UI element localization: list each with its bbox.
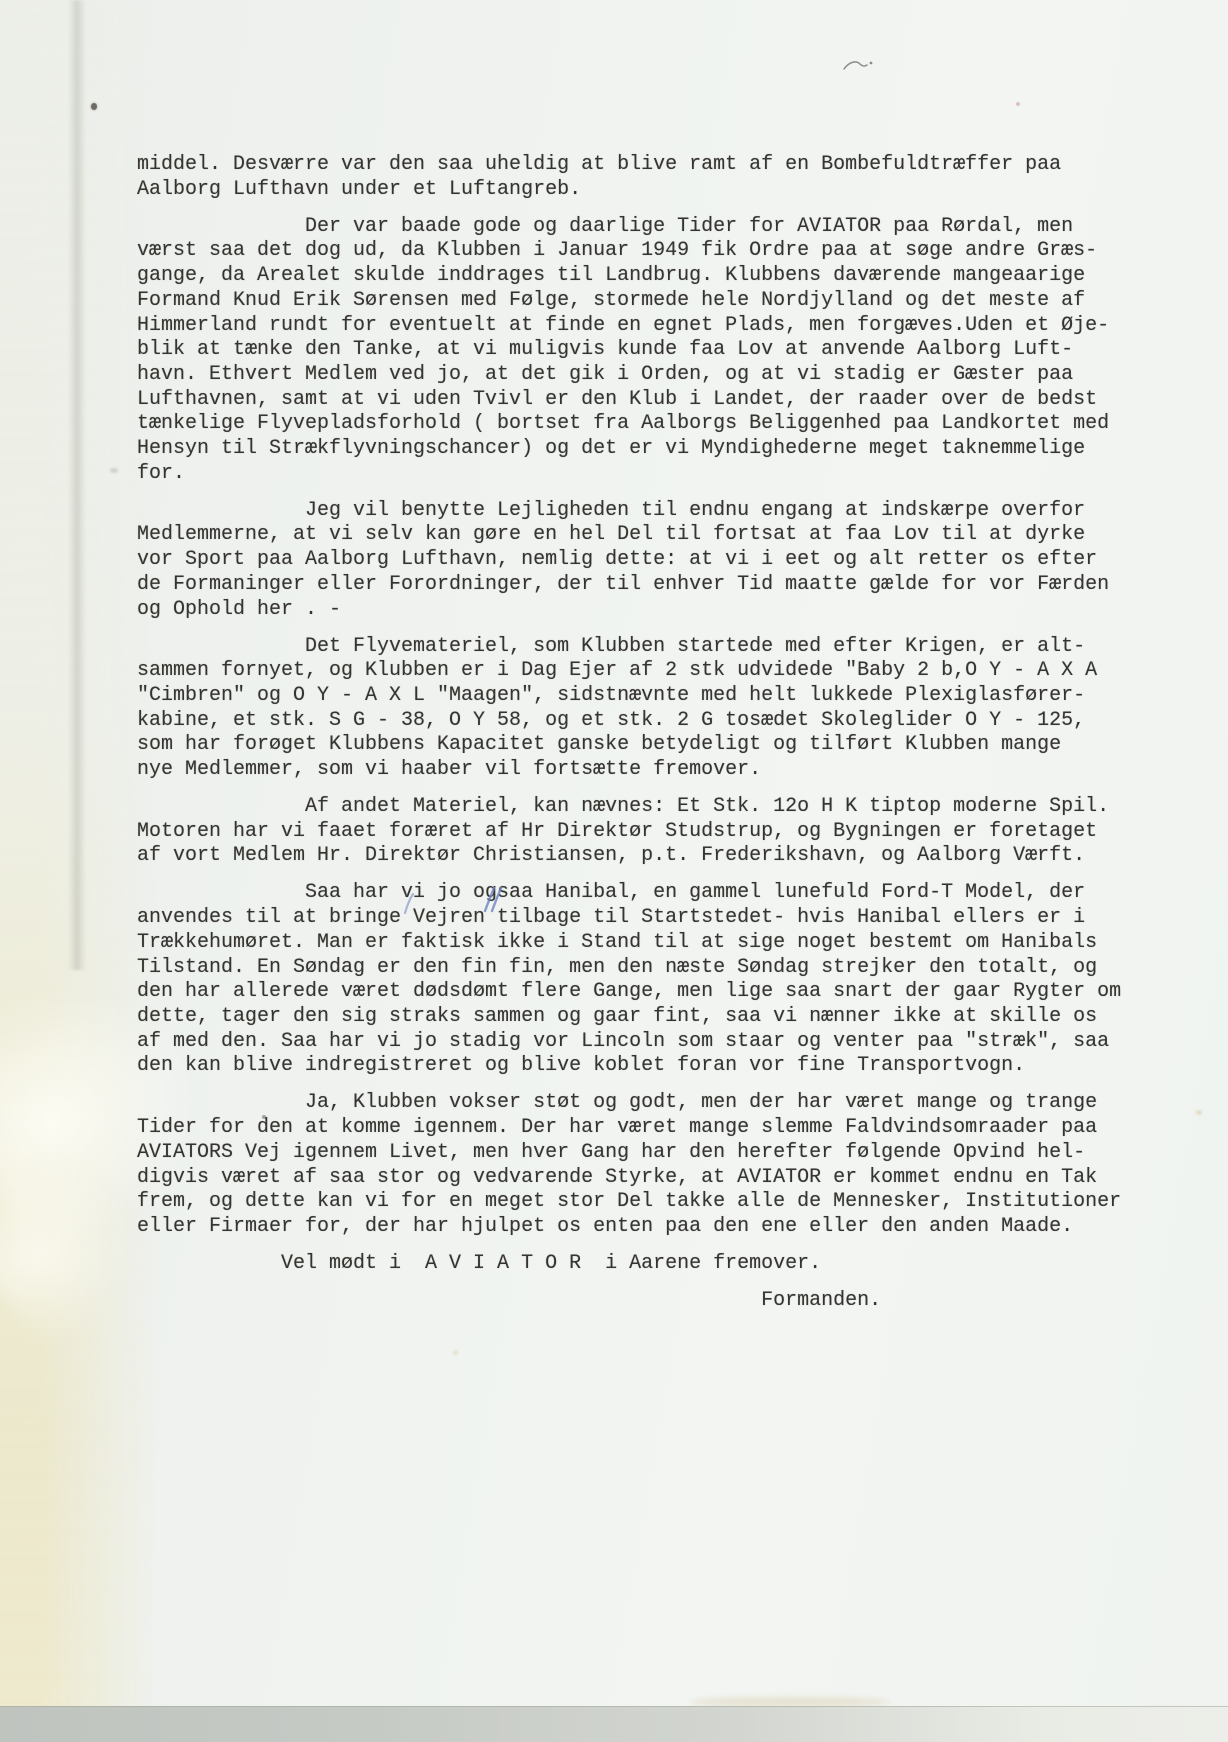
text-line: Vel mødt i A V I A T O R i Aarene fremov… [137,1252,1147,1277]
text-line: tænkelige Flyvepladsforhold ( bortset fr… [137,412,1147,437]
text-line: AVIATORS Vej igennem Livet, men hver Gan… [137,1141,1147,1166]
page-fold-shadow [68,0,86,970]
text-line: Medlemmerne, at vi selv kan gøre en hel … [137,523,1147,548]
paper-speck [110,468,118,473]
text-line: sammen fornyet, og Klubben er i Dag Ejer… [137,659,1147,684]
text-line: af med den. Saa har vi jo stadig vor Lin… [137,1030,1147,1055]
text-line: dette, tager den sig straks sammen og ga… [137,1005,1147,1030]
closing-line: Vel mødt i A V I A T O R i Aarene fremov… [137,1252,1147,1277]
text-line: blik at tænke den Tanke, at vi muligvis … [137,338,1147,363]
text-line: de Formaninger eller Forordninger, der t… [137,573,1147,598]
text-line: Der var baade gode og daarlige Tider for… [137,215,1147,240]
text-line: nye Medlemmer, som vi haaber vil fortsæt… [137,758,1147,783]
text-line: Formand Knud Erik Sørensen med Følge, st… [137,289,1147,314]
text-line: gange, da Arealet skulde inddrages til L… [137,264,1147,289]
paper-speck [453,1350,458,1355]
text-line: Ja, Klubben vokser støt og godt, men der… [137,1091,1147,1116]
roerdal-period-paragraph: Der var baade gode og daarlige Tider for… [137,215,1147,487]
text-line: frem, og dette kan vi for en meget stor … [137,1190,1147,1215]
text-line: Saa har vi jo ogsaa Hanibal, en gammel l… [137,881,1147,906]
text-line: Hensyn til Strækflyvningschancer) og det… [137,437,1147,462]
text-line: Det Flyvemateriel, som Klubben startede … [137,635,1147,660]
text-line: Af andet Materiel, kan nævnes: Et Stk. 1… [137,795,1147,820]
continuation-paragraph: middel. Desværre var den saa uheldig at … [137,153,1147,202]
text-line: Lufthavnen, samt at vi uden Tvivl er den… [137,388,1147,413]
text-line: og Ophold her . - [137,598,1147,623]
paper-speck [1196,1110,1202,1115]
paper-speck [1016,102,1020,106]
paper-speck [91,103,97,110]
scanned-document-page: { "page": { "paper_color": "#f0f3f0", "i… [0,0,1228,1742]
text-line: vor Sport paa Aalborg Lufthavn, nemlig d… [137,548,1147,573]
fleet-paragraph: Det Flyvemateriel, som Klubben startede … [137,635,1147,783]
pencil-scribble-mark [843,58,875,74]
text-line: anvendes til at bringe Vejren tilbage ti… [137,906,1147,931]
text-line: Tider for den at komme igennem. Der har … [137,1116,1147,1141]
members-appeal-paragraph: Jeg vil benytte Lejligheden til endnu en… [137,499,1147,623]
text-line: som har forøget Klubbens Kapacitet gansk… [137,733,1147,758]
text-line: Aalborg Lufthavn under et Luftangreb. [137,178,1147,203]
text-line: digvis været af saa stor og vedvarende S… [137,1166,1147,1191]
growth-paragraph: Ja, Klubben vokser støt og godt, men der… [137,1091,1147,1239]
document-body: middel. Desværre var den saa uheldig at … [137,153,1147,1314]
signature-line: Formanden. [137,1289,1147,1314]
text-line: Himmerland rundt for eventuelt at finde … [137,314,1147,339]
text-line: Tilstand. En Søndag er den fin fin, men … [137,956,1147,981]
text-line: eller Firmaer for, der har hjulpet os en… [137,1215,1147,1240]
text-line: "Cimbren" og O Y - A X L "Maagen", sidst… [137,684,1147,709]
text-line: den kan blive indregistreret og blive ko… [137,1054,1147,1079]
text-line: Motoren har vi faaet foræret af Hr Direk… [137,820,1147,845]
text-line: Formanden. [137,1289,1147,1314]
hanibal-paragraph: Saa har vi jo ogsaa Hanibal, en gammel l… [137,881,1147,1079]
text-line: Trækkehumøret. Man er faktisk ikke i Sta… [137,931,1147,956]
text-line: for. [137,462,1147,487]
text-line: den har allerede været dødsdømt flere Ga… [137,980,1147,1005]
text-line: af vort Medlem Hr. Direktør Christiansen… [137,844,1147,869]
text-line: middel. Desværre var den saa uheldig at … [137,153,1147,178]
scanner-bed-strip [0,1706,1228,1742]
text-line: kabine, et stk. S G - 38, O Y 58, og et … [137,709,1147,734]
materiel-paragraph: Af andet Materiel, kan nævnes: Et Stk. 1… [137,795,1147,869]
text-line: værst saa det dog ud, da Klubben i Janua… [137,239,1147,264]
text-line: havn. Ethvert Medlem ved jo, at det gik … [137,363,1147,388]
text-line: Jeg vil benytte Lejligheden til endnu en… [137,499,1147,524]
